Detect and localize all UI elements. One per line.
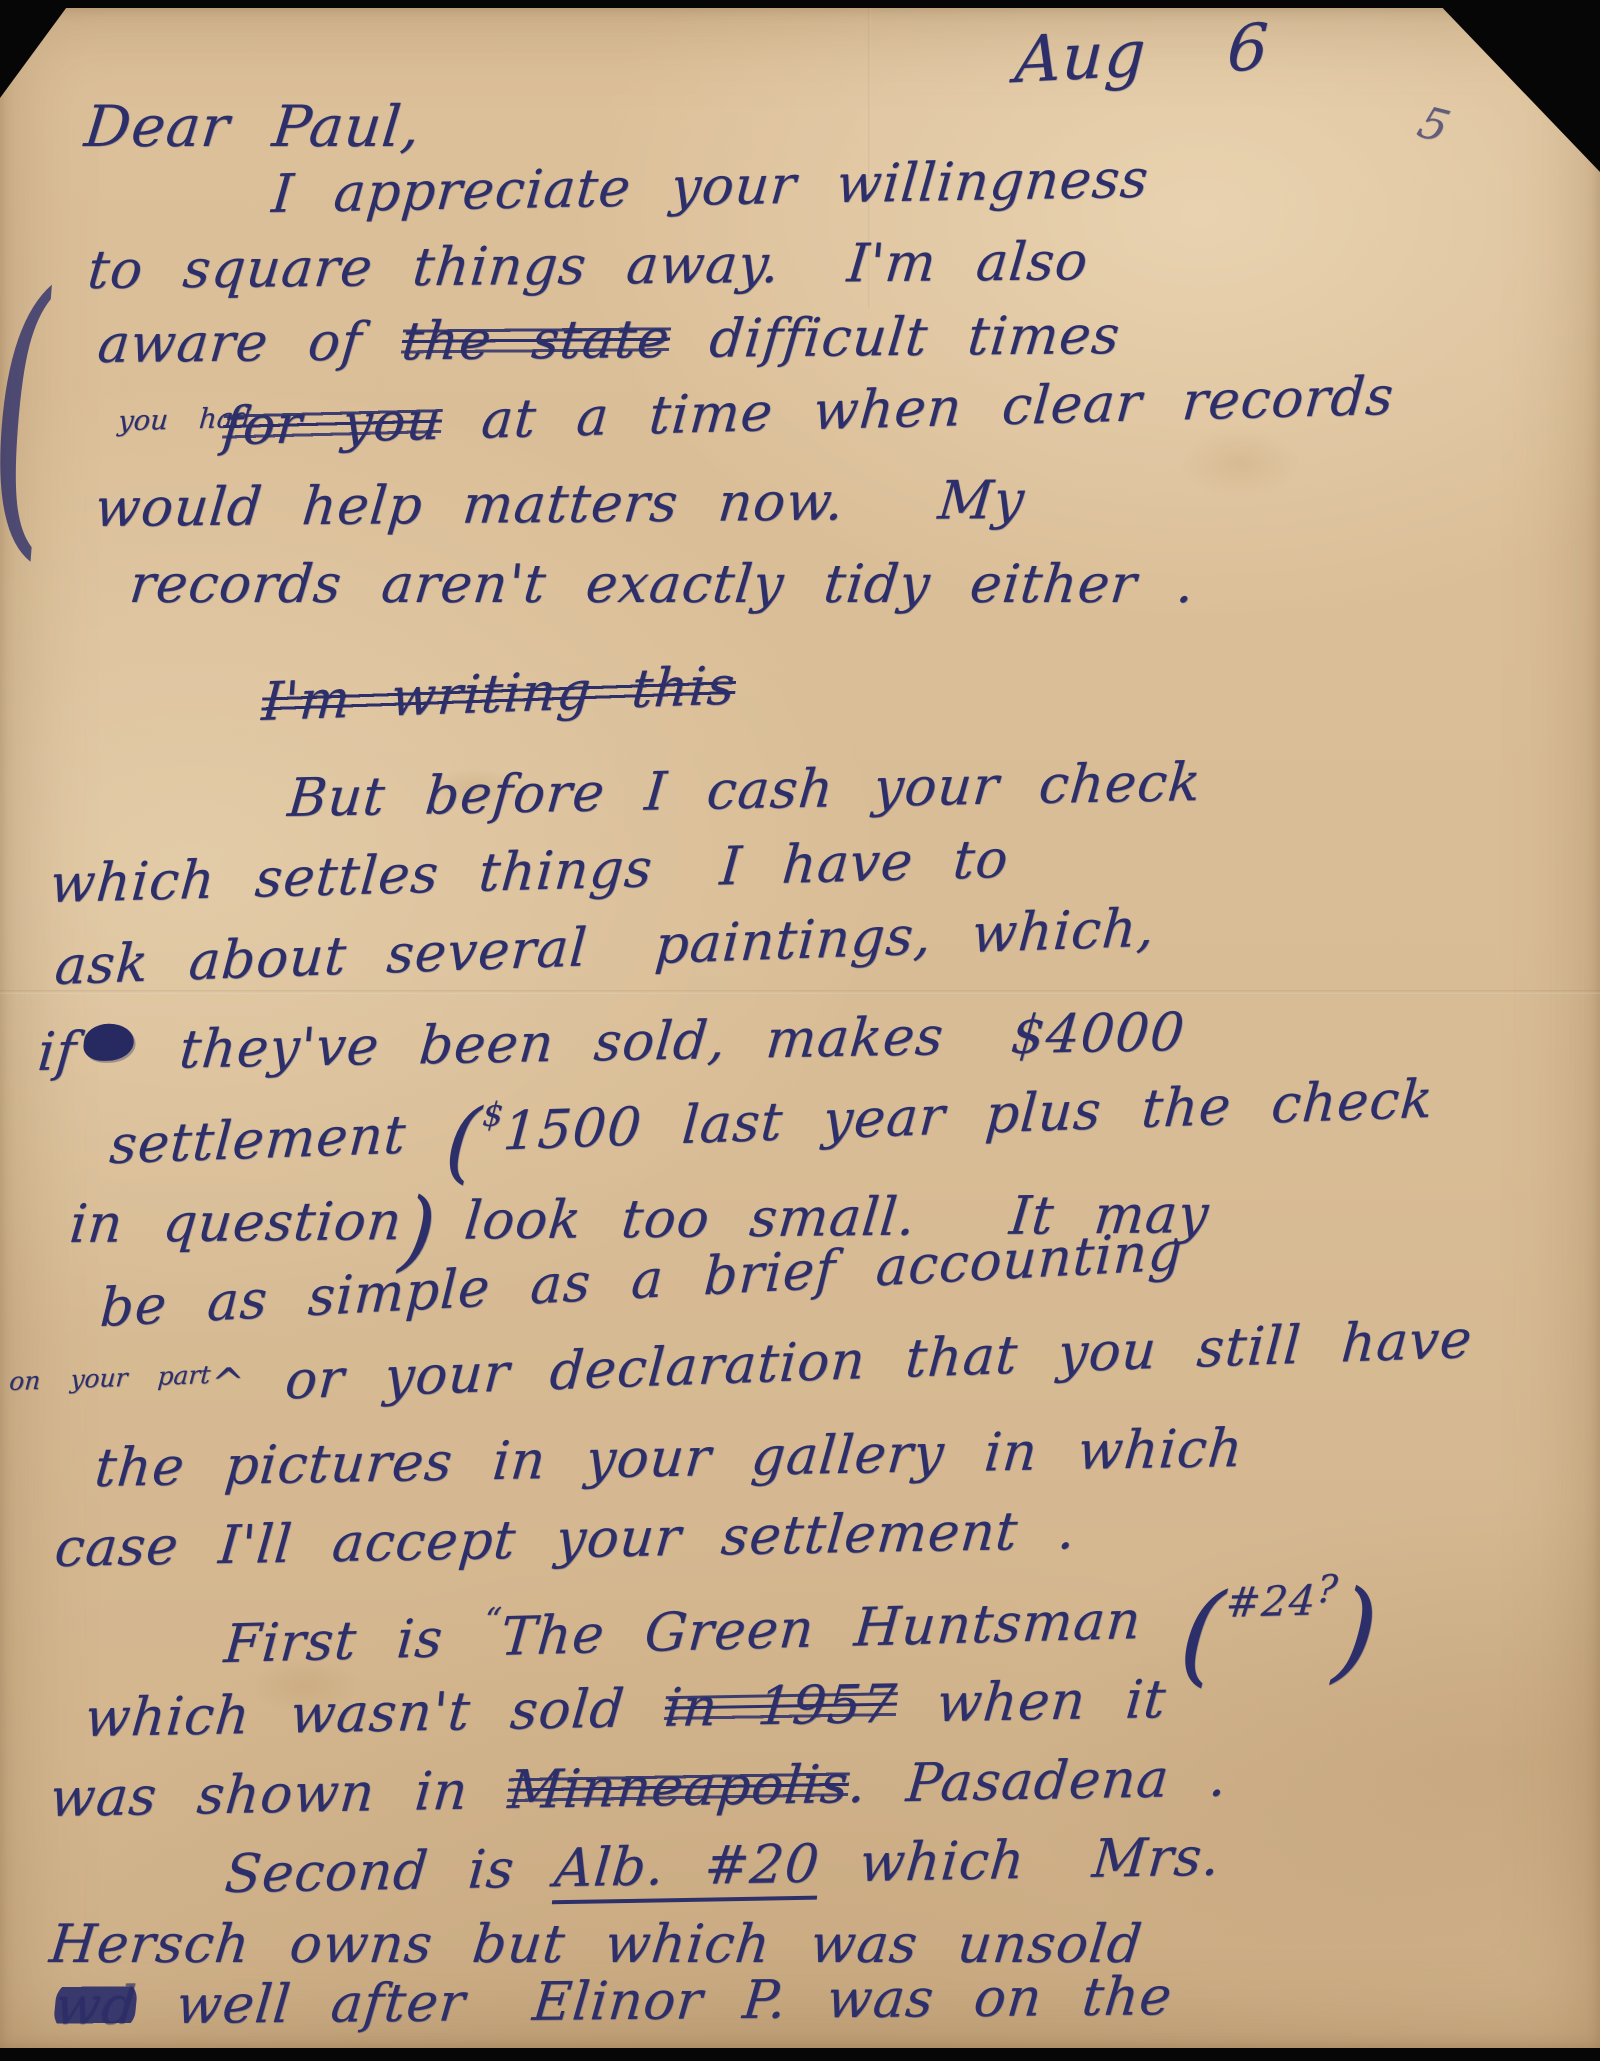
strikethrough-text: Minneapolis <box>506 1754 852 1821</box>
salutation-line: Dear Paul, <box>82 94 424 160</box>
text-segment: 5 <box>1411 97 1457 152</box>
text-segment: But before I cash your check <box>285 752 1204 829</box>
strikethrough-text: I'm writing this <box>260 655 738 733</box>
letter-line: aware of the state difficult times <box>95 305 1123 375</box>
photo-background: { "page": { "background_color": "#060606… <box>0 0 1600 2061</box>
paper-crease-horizontal <box>0 990 1600 994</box>
tall-paren: ( <box>442 1090 484 1194</box>
letter-line: would help matters now. My <box>92 470 1027 539</box>
text-segment: they've been sold, makes $4000 <box>137 1002 1188 1081</box>
strikethrough-text: the state <box>399 309 673 372</box>
text-segment: aware of <box>95 311 405 375</box>
text-segment: Second is <box>222 1838 557 1905</box>
paper-stain <box>1180 428 1300 498</box>
letter-line: to square things away. I'm also <box>85 231 1091 301</box>
strikethrough-text: for you <box>220 391 444 458</box>
text-segment: in question <box>67 1191 405 1255</box>
tall-paren: ( <box>1175 1570 1228 1698</box>
text-segment: which settles things I have to <box>48 829 1011 915</box>
text-segment: I appreciate your willingness <box>269 149 1151 225</box>
text-segment: to square things away. I'm also <box>85 231 1091 301</box>
letter-line: records aren't exactly tidy either . <box>127 554 1198 615</box>
text-segment: was shown in <box>47 1760 511 1829</box>
underlined-text: Alb. #20 <box>552 1834 823 1905</box>
letter-line: was shown in Minneapolis. Pasadena . <box>47 1747 1229 1829</box>
letter-line: Hersch owns but which was unsold <box>47 1914 1146 1975</box>
letter-line: you hadfor you at a time when clear reco… <box>88 366 1397 461</box>
caret-mark: ^ <box>209 1360 247 1407</box>
letter-line: settlement ($1500 last year plus the che… <box>108 1062 1436 1176</box>
text-segment: difficult times <box>667 305 1123 370</box>
scribbled-out-text: wd <box>52 1975 139 2037</box>
text-segment: well after Elinor P. was on the <box>133 1966 1175 2036</box>
text-segment: which wasn't sold <box>82 1678 667 1749</box>
letter-line: if they've been sold, makes $4000 <box>35 1002 1187 1083</box>
text-segment: Hersch owns but which was unsold <box>47 1914 1146 1975</box>
text-segment: when it <box>894 1669 1169 1735</box>
text-segment: the pictures in your gallery in which <box>92 1418 1245 1499</box>
text-segment: which Mrs. <box>817 1827 1223 1895</box>
text-segment: would help matters now. My <box>92 470 1027 539</box>
text-segment: ? <box>1315 1567 1340 1612</box>
text-segment: or your declaration that you still have <box>243 1309 1474 1413</box>
letter-page: ( Aug 65Dear Paul,I appreciate your will… <box>0 8 1600 2048</box>
text-segment: ask about several paintings, which, <box>53 897 1157 997</box>
letter-line: I appreciate your willingness <box>269 149 1151 225</box>
text-segment: Dear Paul, <box>82 94 424 160</box>
text-segment: First is <box>222 1607 486 1675</box>
insertion-above: on your part <box>8 1360 211 1396</box>
date-text: Aug 6 <box>1013 11 1271 99</box>
insertion-above: $ <box>481 1094 506 1134</box>
corner-mark: 5 <box>1411 97 1457 152</box>
strikethrough-text: in 1957 <box>662 1674 899 1739</box>
text-segment: . Pasadena . <box>846 1747 1230 1815</box>
text-segment: The Green Huntsman <box>499 1588 1184 1667</box>
letter-line: the pictures in your gallery in which <box>92 1418 1245 1499</box>
text-segment: #24 <box>1224 1576 1318 1626</box>
ink-blot <box>82 1023 136 1061</box>
margin-parenthesis: ( <box>0 260 57 566</box>
letter-line: wd well after Elinor P. was on the <box>52 1966 1175 2037</box>
text-segment: at a time when clear records <box>439 366 1396 452</box>
letter-line: I'm writing this <box>260 655 738 733</box>
text-segment: Aug 6 <box>1013 11 1271 99</box>
letter-line: ask about several paintings, which, <box>53 897 1157 997</box>
letter-line: Second is Alb. #20 which Mrs. <box>222 1827 1223 1905</box>
letter-line: But before I cash your check <box>285 752 1204 829</box>
text-segment: records aren't exactly tidy either . <box>127 554 1198 615</box>
text-segment: 1500 last year plus the check <box>501 1068 1435 1162</box>
letter-line: which settles things I have to <box>48 829 1011 915</box>
letter-line: case I'll accept your settlement . <box>52 1500 1078 1579</box>
text-segment: if <box>35 1021 79 1083</box>
letter-line: which wasn't sold in 1957 when it <box>82 1669 1168 1749</box>
letter-line: First is “The Green Huntsman (#24?) <box>222 1566 1384 1675</box>
text-segment: case I'll accept your settlement . <box>52 1500 1078 1579</box>
text-segment: settlement <box>108 1103 449 1176</box>
